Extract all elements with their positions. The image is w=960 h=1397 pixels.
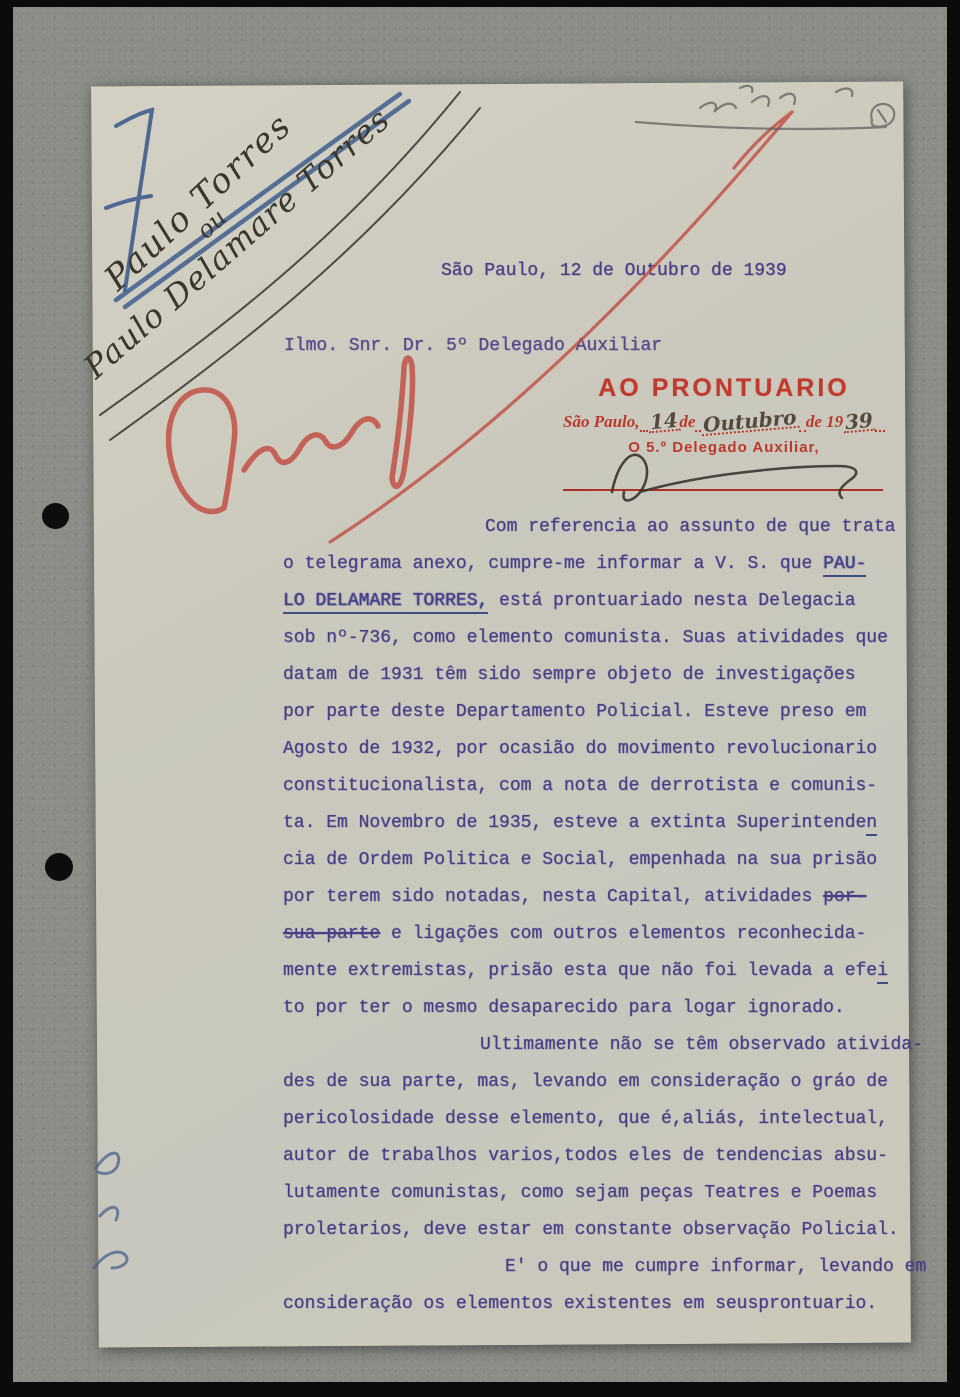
body-segment: sob nº-736, como elemento comunista. Sua… (283, 628, 888, 648)
body-segment: ta. Em Novembro de 1935, esteve a extint… (283, 813, 866, 833)
body-line: cia de Ordem Politica e Social, empenhad… (283, 842, 905, 879)
body-segment: por- (823, 887, 866, 907)
body-segment: PAU- (823, 554, 866, 577)
body-line: LO DELAMARE TORRES, está prontuariado ne… (283, 583, 905, 620)
stamp-place: São Paulo, (563, 412, 640, 432)
stamp-handwritten-year: 39 (842, 411, 875, 434)
dotted-leader (875, 426, 885, 432)
body-line: proletarios, deve estar em constante obs… (283, 1212, 905, 1249)
scanned-document: São Paulo, 12 de Outubro de 1939 Ilmo. S… (0, 0, 960, 1397)
body-line: ta. Em Novembro de 1935, esteve a extint… (283, 805, 905, 842)
body-line: lutamente comunistas, como sejam peças T… (283, 1175, 905, 1212)
body-segment: o telegrama anexo, cumpre-me informar a … (283, 554, 823, 574)
body-segment: LO DELAMARE TORRES, (283, 591, 488, 614)
prontuario-stamp: AO PRONTUARIO São Paulo, 14 de Outubro d… (563, 374, 885, 456)
body-line: E' o que me cumpre informar, levando em (283, 1249, 905, 1286)
stamp-handwritten-month: Outubro (701, 408, 800, 436)
stamp-date-line: São Paulo, 14 de Outubro de 19 39 (563, 412, 885, 432)
body-line: sua parte e ligações com outros elemento… (283, 916, 905, 953)
body-line: pericolosidade desse elemento, que é,ali… (283, 1101, 905, 1138)
body-segment: n (866, 813, 877, 836)
body-segment: E' o que me cumpre informar, levando em (505, 1257, 926, 1277)
body-line: des de sua parte, mas, levando em consid… (283, 1064, 905, 1101)
stamp-de: de (679, 412, 695, 432)
body-text: Com referencia ao assunto de que tratao … (283, 509, 905, 1323)
typed-dateline: São Paulo, 12 de Outubro de 1939 (441, 261, 787, 281)
body-segment: mente extremistas, prisão esta que não f… (283, 961, 877, 981)
body-segment: sua parte (283, 924, 380, 944)
body-line: o telegrama anexo, cumpre-me informar a … (283, 546, 905, 583)
body-line: Ultimamente não se têm observado ativida… (283, 1027, 905, 1064)
body-line: autor de trabalhos varios,todos eles de … (283, 1138, 905, 1175)
body-segment: constitucionalista, com a nota de derrot… (283, 776, 877, 796)
body-segment: Agosto de 1932, por ocasião do movimento… (283, 739, 877, 759)
body-segment: des de sua parte, mas, levando em consid… (283, 1072, 888, 1092)
dotted-leader (640, 426, 648, 432)
body-segment: pericolosidade desse elemento, que é,ali… (283, 1109, 888, 1129)
body-line: consideração os elementos existentes em … (283, 1286, 905, 1323)
stamp-title: AO PRONTUARIO (563, 374, 885, 403)
stamp-handwritten-day: 14 (647, 411, 680, 434)
dotted-leader (799, 426, 806, 432)
punch-hole-bottom (45, 853, 73, 881)
body-line: mente extremistas, prisão esta que não f… (283, 953, 905, 990)
body-segment: Ultimamente não se têm observado ativida… (480, 1035, 923, 1055)
body-line: constitucionalista, com a nota de derrot… (283, 768, 905, 805)
body-segment: está prontuariado nesta Delegacia (488, 591, 855, 611)
body-segment: to por ter o mesmo desaparecido para log… (283, 998, 845, 1018)
body-line: datam de 1931 têm sido sempre objeto de … (283, 657, 905, 694)
body-segment: lutamente comunistas, como sejam peças T… (283, 1183, 877, 1203)
body-segment: por parte deste Departamento Policial. E… (283, 702, 866, 722)
punch-hole-top (42, 503, 69, 529)
body-segment: datam de 1931 têm sido sempre objeto de … (283, 665, 856, 685)
body-line: sob nº-736, como elemento comunista. Sua… (283, 620, 905, 657)
body-segment: i (877, 961, 888, 984)
body-segment: cia de Ordem Politica e Social, empenhad… (283, 850, 877, 870)
body-segment: autor de trabalhos varios,todos eles de … (283, 1146, 888, 1166)
body-line: Com referencia ao assunto de que trata (283, 509, 905, 546)
body-segment: consideração os elementos existentes em … (283, 1294, 877, 1314)
stamp-de19: de 19 (806, 412, 843, 432)
body-line: Agosto de 1932, por ocasião do movimento… (283, 731, 905, 768)
body-line: por parte deste Departamento Policial. E… (283, 694, 905, 731)
body-line: to por ter o mesmo desaparecido para log… (283, 990, 905, 1027)
stamp-signature-rule (563, 489, 883, 491)
typed-addressee: Ilmo. Snr. Dr. 5º Delegado Auxiliar (284, 336, 662, 356)
stamp-official-title: O 5.º Delegado Auxiliar, (563, 439, 885, 456)
body-segment: Com referencia ao assunto de que trata (485, 517, 895, 537)
body-segment: proletarios, deve estar em constante obs… (283, 1220, 899, 1240)
body-line: por terem sido notadas, nesta Capital, a… (283, 879, 905, 916)
body-segment: e ligações com outros elementos reconhec… (380, 924, 866, 944)
body-segment: por terem sido notadas, nesta Capital, a… (283, 887, 823, 907)
